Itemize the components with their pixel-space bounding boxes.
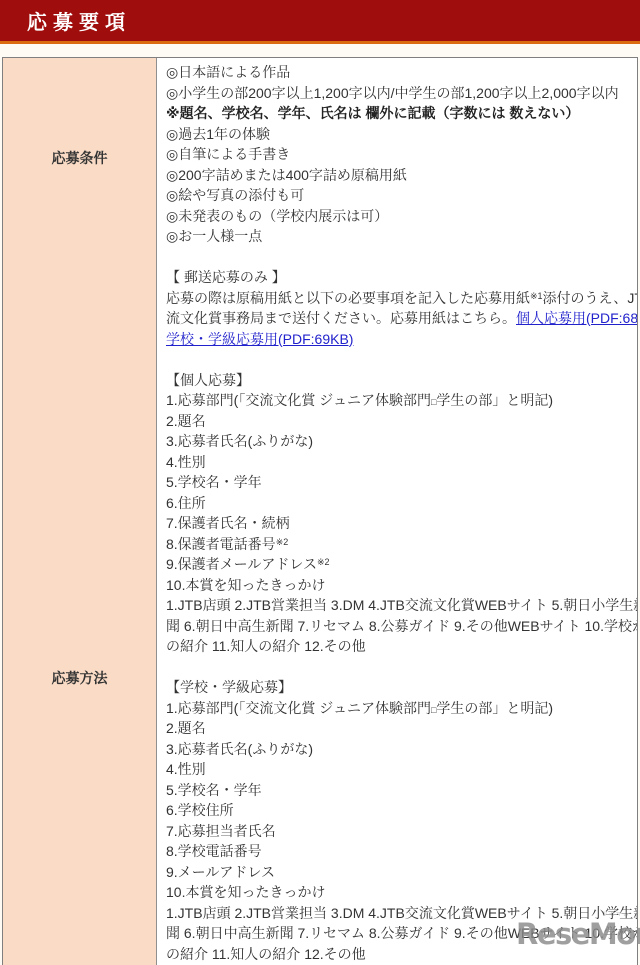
text-segment: 3.応募者氏名(ふりがな) bbox=[166, 741, 313, 757]
row-label-conditions: 応募条件 bbox=[3, 148, 156, 168]
content-line: 【学校・学級応募】 bbox=[166, 677, 633, 698]
text-segment: 8.保護者電話番号 bbox=[166, 536, 276, 552]
text-segment: 2.題名 bbox=[166, 413, 206, 429]
text-segment: ◎日本語による作品 bbox=[166, 64, 290, 80]
content-line: 応募の際は原稿用紙と以下の必要事項を記入した応募用紙※1添付のうえ、JTB交 bbox=[166, 288, 633, 309]
text-segment: ◎200字詰めまたは400字詰め原稿用紙 bbox=[166, 167, 407, 183]
table-label-column: 応募条件 応募方法 bbox=[3, 58, 157, 965]
page-title: 応募要項 bbox=[0, 0, 640, 44]
content-line: ◎200字詰めまたは400字詰め原稿用紙 bbox=[166, 165, 633, 186]
text-segment: ◎過去1年の体験 bbox=[166, 126, 270, 142]
content-line: 7.応募担当者氏名 bbox=[166, 821, 633, 842]
pdf-link[interactable]: 学校・学級応募用(PDF:69KB) bbox=[166, 331, 353, 347]
content-line: 1.応募部門(「交流文化賞 ジュニア体験部門□学生の部」と明記) bbox=[166, 390, 633, 411]
content-line: 4.性別 bbox=[166, 452, 633, 473]
text-segment: 9.保護者メールアドレス bbox=[166, 556, 317, 572]
content-line: の紹介 11.知人の紹介 12.その他 bbox=[166, 944, 633, 965]
text-segment: 流文化賞事務局まで送付ください。応募用紙はこちら。 bbox=[166, 310, 516, 326]
text-segment: 添付のうえ、JTB交 bbox=[543, 290, 637, 306]
text-segment: 4.性別 bbox=[166, 454, 206, 470]
text-segment: 7.応募担当者氏名 bbox=[166, 823, 276, 839]
text-segment: 10.本賞を知ったきっかけ bbox=[166, 884, 325, 900]
content-line: 5.学校名・学年 bbox=[166, 780, 633, 801]
content-line: 1.応募部門(「交流文化賞 ジュニア体験部門□学生の部」と明記) bbox=[166, 698, 633, 719]
content-line: 1.JTB店頭 2.JTB営業担当 3.DM 4.JTB交流文化賞WEBサイト … bbox=[166, 903, 633, 924]
text-segment: 1.JTB店頭 2.JTB営業担当 3.DM 4.JTB交流文化賞WEBサイト … bbox=[166, 597, 637, 613]
content-line: 3.応募者氏名(ふりがな) bbox=[166, 431, 633, 452]
content-line: ◎日本語による作品 bbox=[166, 62, 633, 83]
content-line: 4.性別 bbox=[166, 759, 633, 780]
content-line: 流文化賞事務局まで送付ください。応募用紙はこちら。個人応募用(PDF:68KB) bbox=[166, 308, 633, 329]
content-line: 3.応募者氏名(ふりがな) bbox=[166, 739, 633, 760]
text-segment: 聞 6.朝日中高生新聞 7.リセマム 8.公募ガイド 9.その他WEBサイト 1… bbox=[166, 618, 637, 634]
spacer-line bbox=[166, 657, 633, 678]
text-segment: 7.保護者氏名・続柄 bbox=[166, 515, 290, 531]
text-segment: ◎小学生の部200字以上1,200字以内/中学生の部1,200字以上2,000字… bbox=[166, 85, 619, 101]
content-line: 【 郵送応募のみ 】 bbox=[166, 267, 633, 288]
text-segment: 5.学校名・学年 bbox=[166, 782, 262, 798]
spacer-line bbox=[166, 247, 633, 268]
text-segment: 5.学校名・学年 bbox=[166, 474, 262, 490]
content-line: 8.保護者電話番号※2 bbox=[166, 534, 633, 555]
text-segment: 6.住所 bbox=[166, 495, 206, 511]
text-segment: 6.学校住所 bbox=[166, 802, 234, 818]
content-line: ◎小学生の部200字以上1,200字以内/中学生の部1,200字以上2,000字… bbox=[166, 83, 633, 104]
footnote-marker: ※1 bbox=[530, 291, 543, 301]
text-segment: ※題名、学校名、学年、氏名は 欄外に記載（字数には 数えない） bbox=[166, 105, 579, 121]
content-line: 聞 6.朝日中高生新聞 7.リセマム 8.公募ガイド 9.その他WEBサイト 1… bbox=[166, 923, 633, 944]
text-segment: 1.応募部門(「交流文化賞 ジュニア体験部門 bbox=[166, 392, 431, 408]
section-header-bar: 応募要項 bbox=[0, 0, 640, 44]
text-segment: ◎未発表のもの（学校内展示は可） bbox=[166, 208, 388, 224]
content-line: 【個人応募】 bbox=[166, 370, 633, 391]
content-line: 1.JTB店頭 2.JTB営業担当 3.DM 4.JTB交流文化賞WEBサイト … bbox=[166, 595, 633, 616]
text-segment: 【 郵送応募のみ 】 bbox=[166, 269, 286, 285]
text-segment: 4.性別 bbox=[166, 761, 206, 777]
text-segment: の紹介 11.知人の紹介 12.その他 bbox=[166, 946, 366, 962]
footnote-marker: ※2 bbox=[317, 557, 330, 567]
text-segment: 応募の際は原稿用紙と以下の必要事項を記入した応募用紙 bbox=[166, 290, 530, 306]
text-segment: 1.応募部門(「交流文化賞 ジュニア体験部門 bbox=[166, 700, 431, 716]
content-line: 10.本賞を知ったきっかけ bbox=[166, 882, 633, 903]
text-segment: 1.JTB店頭 2.JTB営業担当 3.DM 4.JTB交流文化賞WEBサイト … bbox=[166, 905, 637, 921]
guidelines-table: 応募条件 応募方法 ◎日本語による作品◎小学生の部200字以上1,200字以内/… bbox=[2, 57, 638, 965]
content-lines: ◎日本語による作品◎小学生の部200字以上1,200字以内/中学生の部1,200… bbox=[157, 58, 637, 965]
row-label-method: 応募方法 bbox=[3, 668, 156, 688]
content-line: 6.学校住所 bbox=[166, 800, 633, 821]
content-line: 学校・学級応募用(PDF:69KB) bbox=[166, 329, 633, 350]
text-segment: 10.本賞を知ったきっかけ bbox=[166, 577, 325, 593]
text-segment: ◎お一人様一点 bbox=[166, 228, 262, 244]
content-line: 聞 6.朝日中高生新聞 7.リセマム 8.公募ガイド 9.その他WEBサイト 1… bbox=[166, 616, 633, 637]
text-segment: 8.学校電話番号 bbox=[166, 843, 262, 859]
pdf-link[interactable]: 個人応募用(PDF:68KB) bbox=[516, 310, 637, 326]
text-segment: 2.題名 bbox=[166, 720, 206, 736]
content-line: ◎自筆による手書き bbox=[166, 144, 633, 165]
content-line: 10.本賞を知ったきっかけ bbox=[166, 575, 633, 596]
text-segment: ◎自筆による手書き bbox=[166, 146, 290, 162]
text-segment: 学生の部」と明記) bbox=[436, 392, 553, 408]
text-segment: 学生の部」と明記) bbox=[436, 700, 553, 716]
text-segment: ◎絵や写真の添付も可 bbox=[166, 187, 304, 203]
spacer-line bbox=[166, 349, 633, 370]
content-line: 9.保護者メールアドレス※2 bbox=[166, 554, 633, 575]
text-segment: 聞 6.朝日中高生新聞 7.リセマム 8.公募ガイド 9.その他WEBサイト 1… bbox=[166, 925, 637, 941]
content-line: 9.メールアドレス bbox=[166, 862, 633, 883]
content-line: ◎絵や写真の添付も可 bbox=[166, 185, 633, 206]
text-segment: 【学校・学級応募】 bbox=[166, 679, 292, 695]
content-line: ※題名、学校名、学年、氏名は 欄外に記載（字数には 数えない） bbox=[166, 103, 633, 124]
content-line: 6.住所 bbox=[166, 493, 633, 514]
text-segment: の紹介 11.知人の紹介 12.その他 bbox=[166, 638, 366, 654]
content-line: 5.学校名・学年 bbox=[166, 472, 633, 493]
content-line: ◎過去1年の体験 bbox=[166, 124, 633, 145]
content-line: 2.題名 bbox=[166, 411, 633, 432]
content-line: 8.学校電話番号 bbox=[166, 841, 633, 862]
text-segment: 9.メールアドレス bbox=[166, 864, 275, 880]
content-line: ◎未発表のもの（学校内展示は可） bbox=[166, 206, 633, 227]
content-line: 2.題名 bbox=[166, 718, 633, 739]
content-line: 7.保護者氏名・続柄 bbox=[166, 513, 633, 534]
text-segment: 【個人応募】 bbox=[166, 372, 250, 388]
text-segment: 3.応募者氏名(ふりがな) bbox=[166, 433, 313, 449]
content-line: ◎お一人様一点 bbox=[166, 226, 633, 247]
content-line: の紹介 11.知人の紹介 12.その他 bbox=[166, 636, 633, 657]
footnote-marker: ※2 bbox=[276, 537, 289, 547]
